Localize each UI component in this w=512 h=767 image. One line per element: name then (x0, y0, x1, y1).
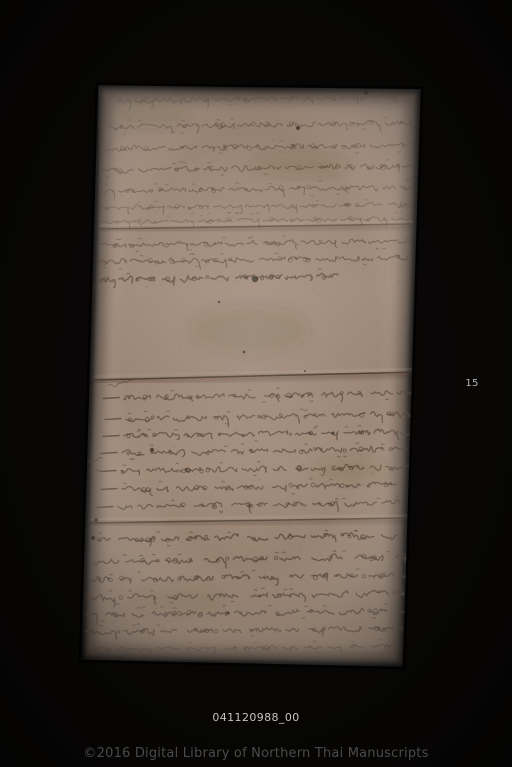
copyright-footer: ©2016 Digital Library of Northern Thai M… (0, 746, 512, 761)
manuscript-photo (0, 0, 512, 767)
paper-vignette (80, 84, 422, 668)
image-id-label: 041120988_00 (0, 711, 512, 724)
page-number-label: 15 (458, 378, 486, 389)
manuscript-photo-canvas: 15 041120988_00 ©2016 Digital Library of… (0, 0, 512, 767)
